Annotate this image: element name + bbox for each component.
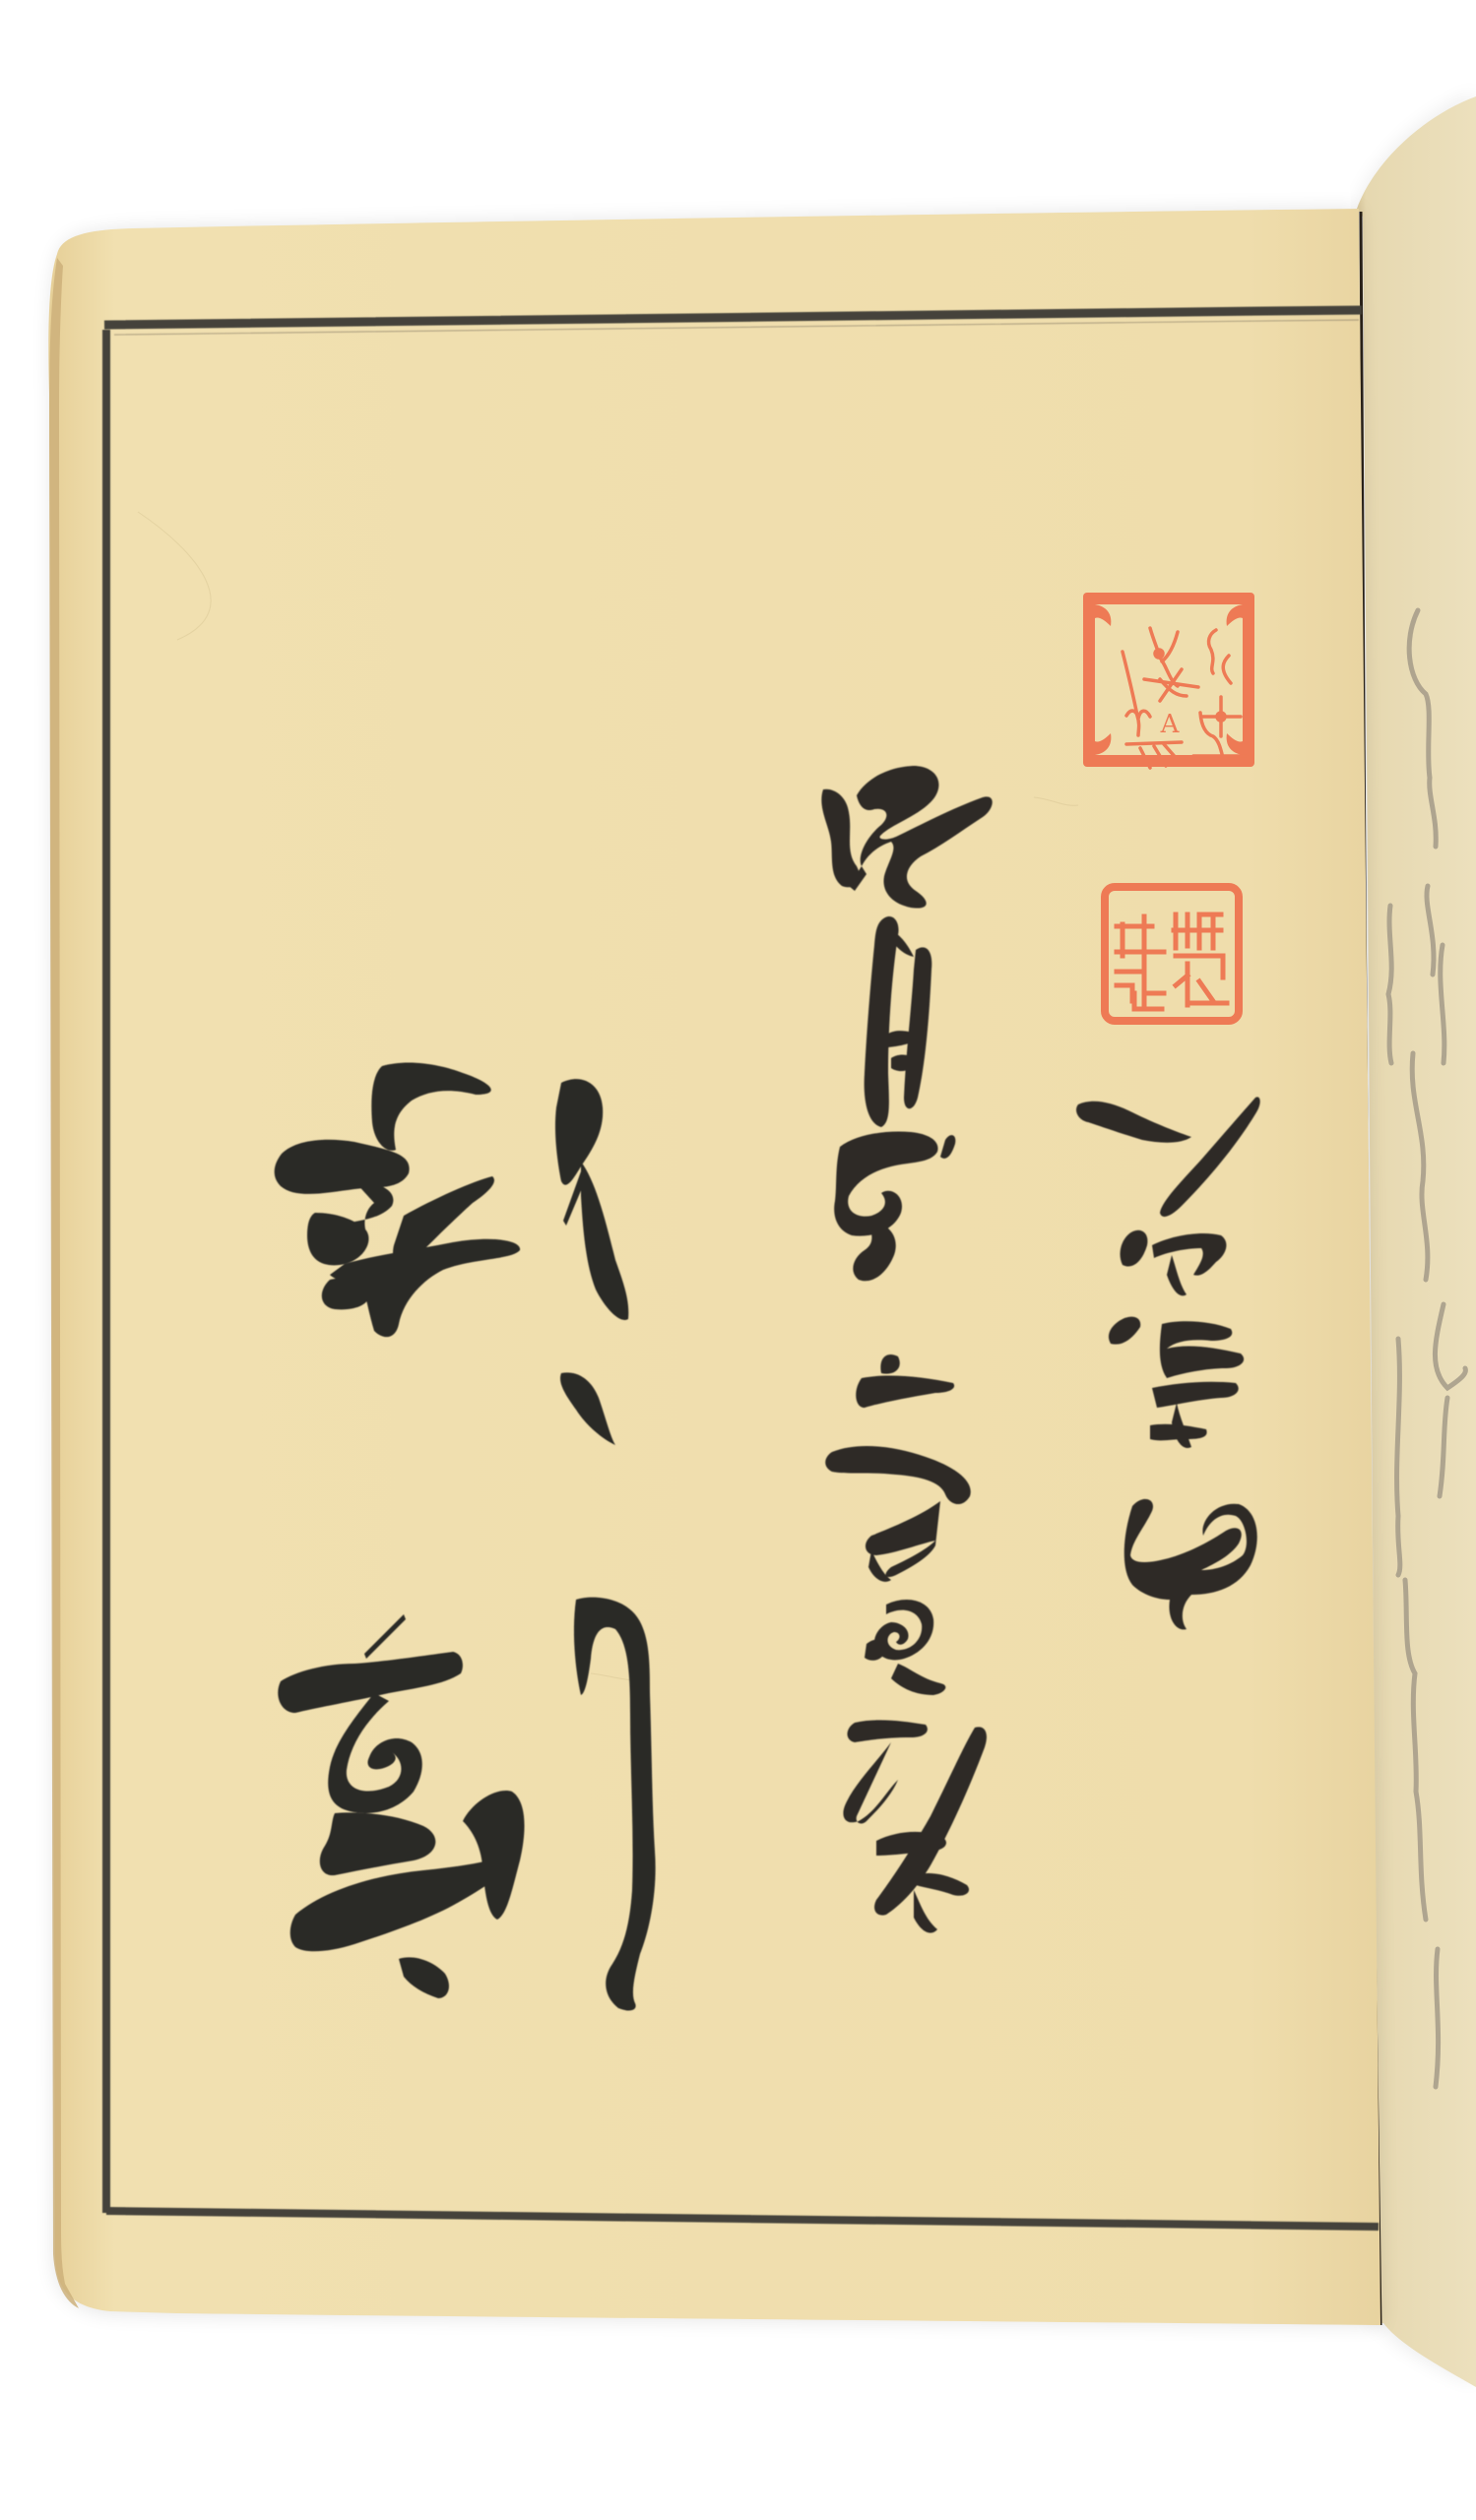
upper-seal: A [1083, 593, 1254, 768]
svg-text:A: A [1160, 710, 1181, 739]
left-page [48, 209, 1381, 2325]
book-photo-scene: A [0, 0, 1476, 2520]
